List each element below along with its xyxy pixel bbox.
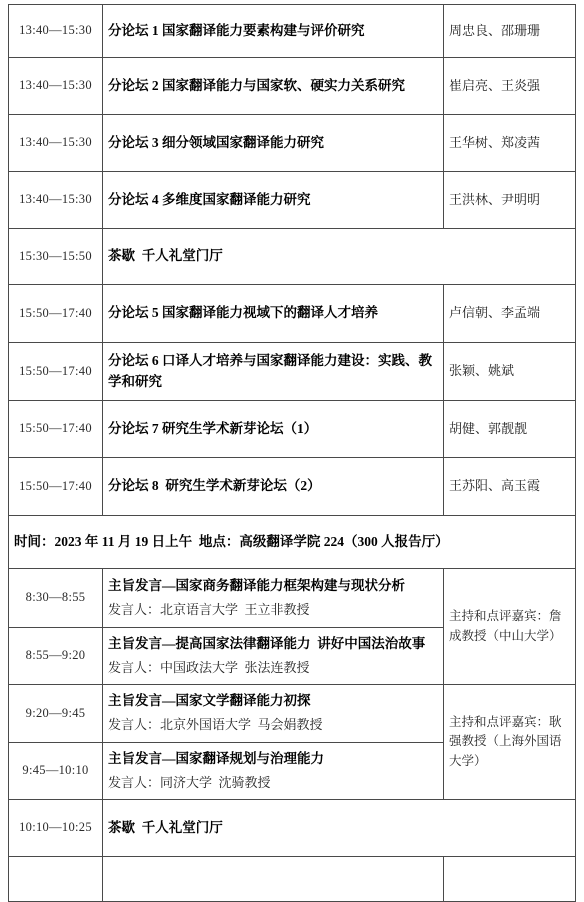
table-row: 9:20—9:45主旨发言—国家文学翻译能力初探发言人：北京外国语大学 马会娟教…	[9, 685, 576, 743]
table-row: 时间：2023 年 11 月 19 日上午 地点：高级翻译学院 224（300 …	[9, 516, 576, 569]
session-title-cell: 分论坛 7 研究生学术新芽论坛（1）	[103, 401, 444, 458]
time-cell: 9:20—9:45	[9, 685, 103, 743]
speakers-cell: 张颖、姚斌	[444, 343, 576, 401]
keynote-cell: 主旨发言—提高国家法律翻译能力 讲好中国法治故事发言人：中国政法大学 张法连教授	[103, 628, 444, 685]
keynote-title: 主旨发言—提高国家法律翻译能力 讲好中国法治故事	[108, 634, 438, 655]
speakers-cell: 王洪林、尹明明	[444, 172, 576, 229]
time-cell: 8:30—8:55	[9, 569, 103, 628]
speaker-line: 发言人：北京语言大学 王立非教授	[108, 600, 438, 620]
table-row: 10:10—10:25茶歇 千人礼堂门厅	[9, 800, 576, 857]
host-cell: 主持和点评嘉宾：耿强教授（上海外国语大学）	[444, 685, 576, 800]
keynote-title: 主旨发言—国家文学翻译能力初探	[108, 691, 438, 712]
time-cell: 13:40—15:30	[9, 58, 103, 115]
table-row: 15:50—17:40分论坛 8 研究生学术新芽论坛（2）王苏阳、高玉霞	[9, 458, 576, 516]
time-cell: 15:30—15:50	[9, 229, 103, 285]
session-title-cell: 分论坛 4 多维度国家翻译能力研究	[103, 172, 444, 229]
schedule-table-body: 13:40—15:30分论坛 1 国家翻译能力要素构建与评价研究周忠良、邵珊珊1…	[9, 5, 576, 865]
time-cell	[9, 857, 103, 865]
table-row: 15:50—17:40分论坛 5 国家翻译能力视域下的翻译人才培养卢信朝、李孟端	[9, 285, 576, 343]
time-cell: 15:50—17:40	[9, 458, 103, 516]
keynote-title: 主旨发言—国家商务翻译能力框架构建与现状分析	[108, 576, 438, 597]
time-cell: 10:10—10:25	[9, 800, 103, 857]
keynote-cell: 主旨发言—国家文学翻译能力初探发言人：北京外国语大学 马会娟教授	[103, 685, 444, 743]
speakers-cell: 胡健、郭靓靓	[444, 401, 576, 458]
session-title-cell: 分论坛 5 国家翻译能力视域下的翻译人才培养	[103, 285, 444, 343]
session-title-cell: 分论坛 8 研究生学术新芽论坛（2）	[103, 458, 444, 516]
speakers-cell	[444, 857, 576, 865]
host-label: 主持和点评嘉宾：	[449, 715, 549, 729]
keynote-cell: 主旨发言—国家翻译规划与治理能力发言人：同济大学 沈骑教授	[103, 743, 444, 800]
session-title-cell: 分论坛 6 口译人才培养与国家翻译能力建设：实践、教学和研究	[103, 343, 444, 401]
host-cell: 主持和点评嘉宾：詹成教授（中山大学）	[444, 569, 576, 685]
time-cell: 15:50—17:40	[9, 401, 103, 458]
table-row	[9, 857, 576, 865]
table-row: 8:30—8:55主旨发言—国家商务翻译能力框架构建与现状分析发言人：北京语言大…	[9, 569, 576, 628]
table-row: 13:40—15:30分论坛 2 国家翻译能力与国家软、硬实力关系研究崔启亮、王…	[9, 58, 576, 115]
speaker-line: 发言人：同济大学 沈骑教授	[108, 773, 438, 793]
keynote-cell: 主旨发言—国家商务翻译能力框架构建与现状分析发言人：北京语言大学 王立非教授	[103, 569, 444, 628]
speakers-cell: 崔启亮、王炎强	[444, 58, 576, 115]
table-row: 13:40—15:30分论坛 4 多维度国家翻译能力研究王洪林、尹明明	[9, 172, 576, 229]
session-title-cell: 分论坛 2 国家翻译能力与国家软、硬实力关系研究	[103, 58, 444, 115]
session-title-cell	[103, 857, 444, 865]
table-row: 15:50—17:40分论坛 6 口译人才培养与国家翻译能力建设：实践、教学和研…	[9, 343, 576, 401]
table-row: 13:40—15:30分论坛 3 细分领域国家翻译能力研究王华树、郑凌茜	[9, 115, 576, 172]
speaker-line: 发言人：中国政法大学 张法连教授	[108, 658, 438, 678]
table-row: 13:40—15:30分论坛 1 国家翻译能力要素构建与评价研究周忠良、邵珊珊	[9, 5, 576, 58]
speakers-cell: 王苏阳、高玉霞	[444, 458, 576, 516]
schedule-table: 13:40—15:30分论坛 1 国家翻译能力要素构建与评价研究周忠良、邵珊珊1…	[8, 4, 576, 864]
break-cell: 茶歇 千人礼堂门厅	[103, 229, 576, 285]
session-title-cell: 分论坛 3 细分领域国家翻译能力研究	[103, 115, 444, 172]
speakers-cell: 周忠良、邵珊珊	[444, 5, 576, 58]
speakers-cell: 王华树、郑凌茜	[444, 115, 576, 172]
time-cell: 15:50—17:40	[9, 343, 103, 401]
time-cell: 15:50—17:40	[9, 285, 103, 343]
time-cell: 8:55—9:20	[9, 628, 103, 685]
speakers-cell: 卢信朝、李孟端	[444, 285, 576, 343]
break-cell: 茶歇 千人礼堂门厅	[103, 800, 576, 857]
table-row: 15:50—17:40分论坛 7 研究生学术新芽论坛（1）胡健、郭靓靓	[9, 401, 576, 458]
section-header-cell: 时间：2023 年 11 月 19 日上午 地点：高级翻译学院 224（300 …	[9, 516, 576, 569]
speaker-line: 发言人：北京外国语大学 马会娟教授	[108, 715, 438, 735]
time-cell: 13:40—15:30	[9, 5, 103, 58]
time-cell: 9:45—10:10	[9, 743, 103, 800]
keynote-title: 主旨发言—国家翻译规划与治理能力	[108, 749, 438, 770]
session-title-cell: 分论坛 1 国家翻译能力要素构建与评价研究	[103, 5, 444, 58]
time-cell: 13:40—15:30	[9, 115, 103, 172]
host-label: 主持和点评嘉宾：	[449, 609, 549, 623]
table-row: 15:30—15:50茶歇 千人礼堂门厅	[9, 229, 576, 285]
time-cell: 13:40—15:30	[9, 172, 103, 229]
